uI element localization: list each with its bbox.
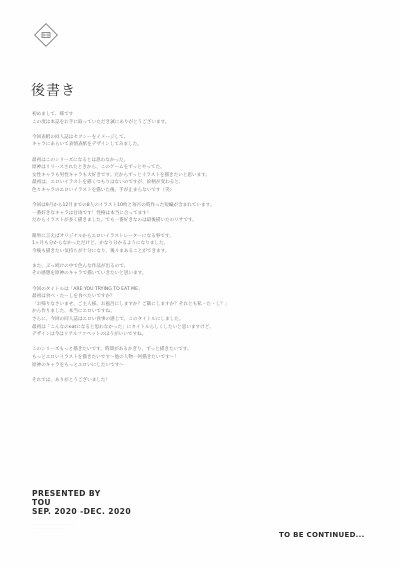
text-line: 今回のタイトルは「ARE YOU TRYING TO EAT ME」 bbox=[32, 286, 372, 294]
diamond-envelope-icon bbox=[33, 22, 59, 48]
text-line: もっとエロいイラストを描きたいです～他の人物一何描きたいです～！ bbox=[32, 354, 372, 362]
text-line: デザインは今はリアルファベットのほうがいいですね。 bbox=[32, 331, 372, 339]
text-line: キャラにあらいて表情表紙をデザインしてみました。 bbox=[32, 141, 372, 149]
fineprint: · · · · · · · · · · · · · · · · · · · · … bbox=[32, 523, 74, 535]
text-line: その感想を原神のキャラで描いていきたいと思います。 bbox=[32, 270, 372, 278]
text-line: この度は本誌をお手に取っていただき誠にありがとうございます。 bbox=[32, 119, 372, 127]
text-line: 原神はリリースされたときから、このゲームをずっとやってた。 bbox=[32, 164, 372, 172]
afterword-body: 初めまして、様です この度は本誌をお手に取っていただき誠にありがとうございます。… bbox=[32, 111, 372, 392]
text-line: 一番好きなキャラは甘雨です！性格は本当に合ってます！ bbox=[32, 210, 372, 218]
paragraph: 初めまして、様です この度は本誌をお手に取っていただき誠にありがとうございます。 bbox=[32, 111, 372, 126]
text-line: 最初はこのシリーズになるとは思わなかった。 bbox=[32, 157, 372, 165]
text-line: それでは、ありがとうございました！ bbox=[32, 377, 372, 385]
to-be-continued: TO BE CONTINUED... bbox=[279, 531, 365, 539]
text-line: このシリーズもっと描きたいです。時間があるかぎり、ずっと描きたいです。 bbox=[32, 346, 372, 354]
afterword-page: 後書き 初めまして、様です この度は本誌をお手に取っていただき誠にありがとうござ… bbox=[0, 0, 400, 568]
paragraph: 今回表紙の同人誌はセクシーをイメージして、 キャラにあらいて表情表紙をデザインし… bbox=[32, 134, 372, 149]
text-line: 簡単に言えばオリジナルからエロいイラストレーターになる事です。 bbox=[32, 233, 372, 241]
text-line: 最初は、エロいイラストを描くつもりはないのですが、絵柄が変わると、 bbox=[32, 179, 372, 187]
paragraph: このシリーズもっと描きたいです。時間があるかぎり、ずっと描きたいです。 もっとエ… bbox=[32, 346, 372, 369]
fineprint-line: · · · · · bbox=[32, 531, 74, 535]
paragraph: また、ぶっ続けの中で色んな作品が出るので、 その感想を原神のキャラで描いていきた… bbox=[32, 263, 372, 278]
paragraph: 簡単に言えばオリジナルからエロいイラストレーターになる事です。 1ヶ月も分からな… bbox=[32, 233, 372, 256]
paragraph: 今回は9月から12月までの8人のイラスト10枚と毎月の時作った短編が含まれていま… bbox=[32, 202, 372, 225]
text-line: 「お帰りなさいませ、ご主人様、お風呂にしますか？ご飯にしますか？それとも私・た・… bbox=[32, 301, 372, 309]
credits-block: PRESENTED BY TOU SEP. 2020 -DEC. 2020 bbox=[32, 490, 131, 516]
text-line: 今後も描きたい気持ちが十分になり、後々まあることができます。 bbox=[32, 248, 372, 256]
text-line: 今回表紙の同人誌はセクシーをイメージして、 bbox=[32, 134, 372, 142]
page-title: 後書き bbox=[31, 80, 76, 100]
text-line: だからイラストが多く描きました。でも一番好きなのは最後描いたのリサです。 bbox=[32, 217, 372, 225]
text-line: 初めまして、様です bbox=[32, 111, 372, 119]
paragraph: 最初はこのシリーズになるとは思わなかった。 原神はリリースされたときから、このゲ… bbox=[32, 157, 372, 195]
text-line: 色々キャラのエロいイラストを描いた後、手が止まらないです（笑） bbox=[32, 187, 372, 195]
text-line: また、ぶっ続けの中で色んな作品が出るので、 bbox=[32, 263, 372, 271]
text-line: 1ヶ月も分からなかっただけど、かなり分かるようになりました。 bbox=[32, 240, 372, 248]
text-line: さらに、今回の同人誌はエロい食事の感じで、このタイトルにしました。 bbox=[32, 316, 372, 324]
date-range: SEP. 2020 -DEC. 2020 bbox=[32, 508, 131, 517]
text-line: 最初は「こんなのeatになると思わなかった」にタイトルらしくしたいと思いますけど… bbox=[32, 324, 372, 332]
text-line: から作りました、本当にエロいですね。 bbox=[32, 308, 372, 316]
text-line: 原神のキャラをもっとエロいにしたいです～ bbox=[32, 362, 372, 370]
text-line: 今回は9月から12月までの8人のイラスト10枚と毎月の時作った短編が含まれていま… bbox=[32, 202, 372, 210]
paragraph: 今回のタイトルは「ARE YOU TRYING TO EAT ME」 最初は食べ… bbox=[32, 286, 372, 339]
paragraph: それでは、ありがとうございました！ bbox=[32, 377, 372, 385]
text-line: 最初は食べ・たーしを食べたいですか？ bbox=[32, 293, 372, 301]
text-line: 女性キャラも男性キャラも大好きです。だからずっとイラストを描きたいと思います。 bbox=[32, 172, 372, 180]
